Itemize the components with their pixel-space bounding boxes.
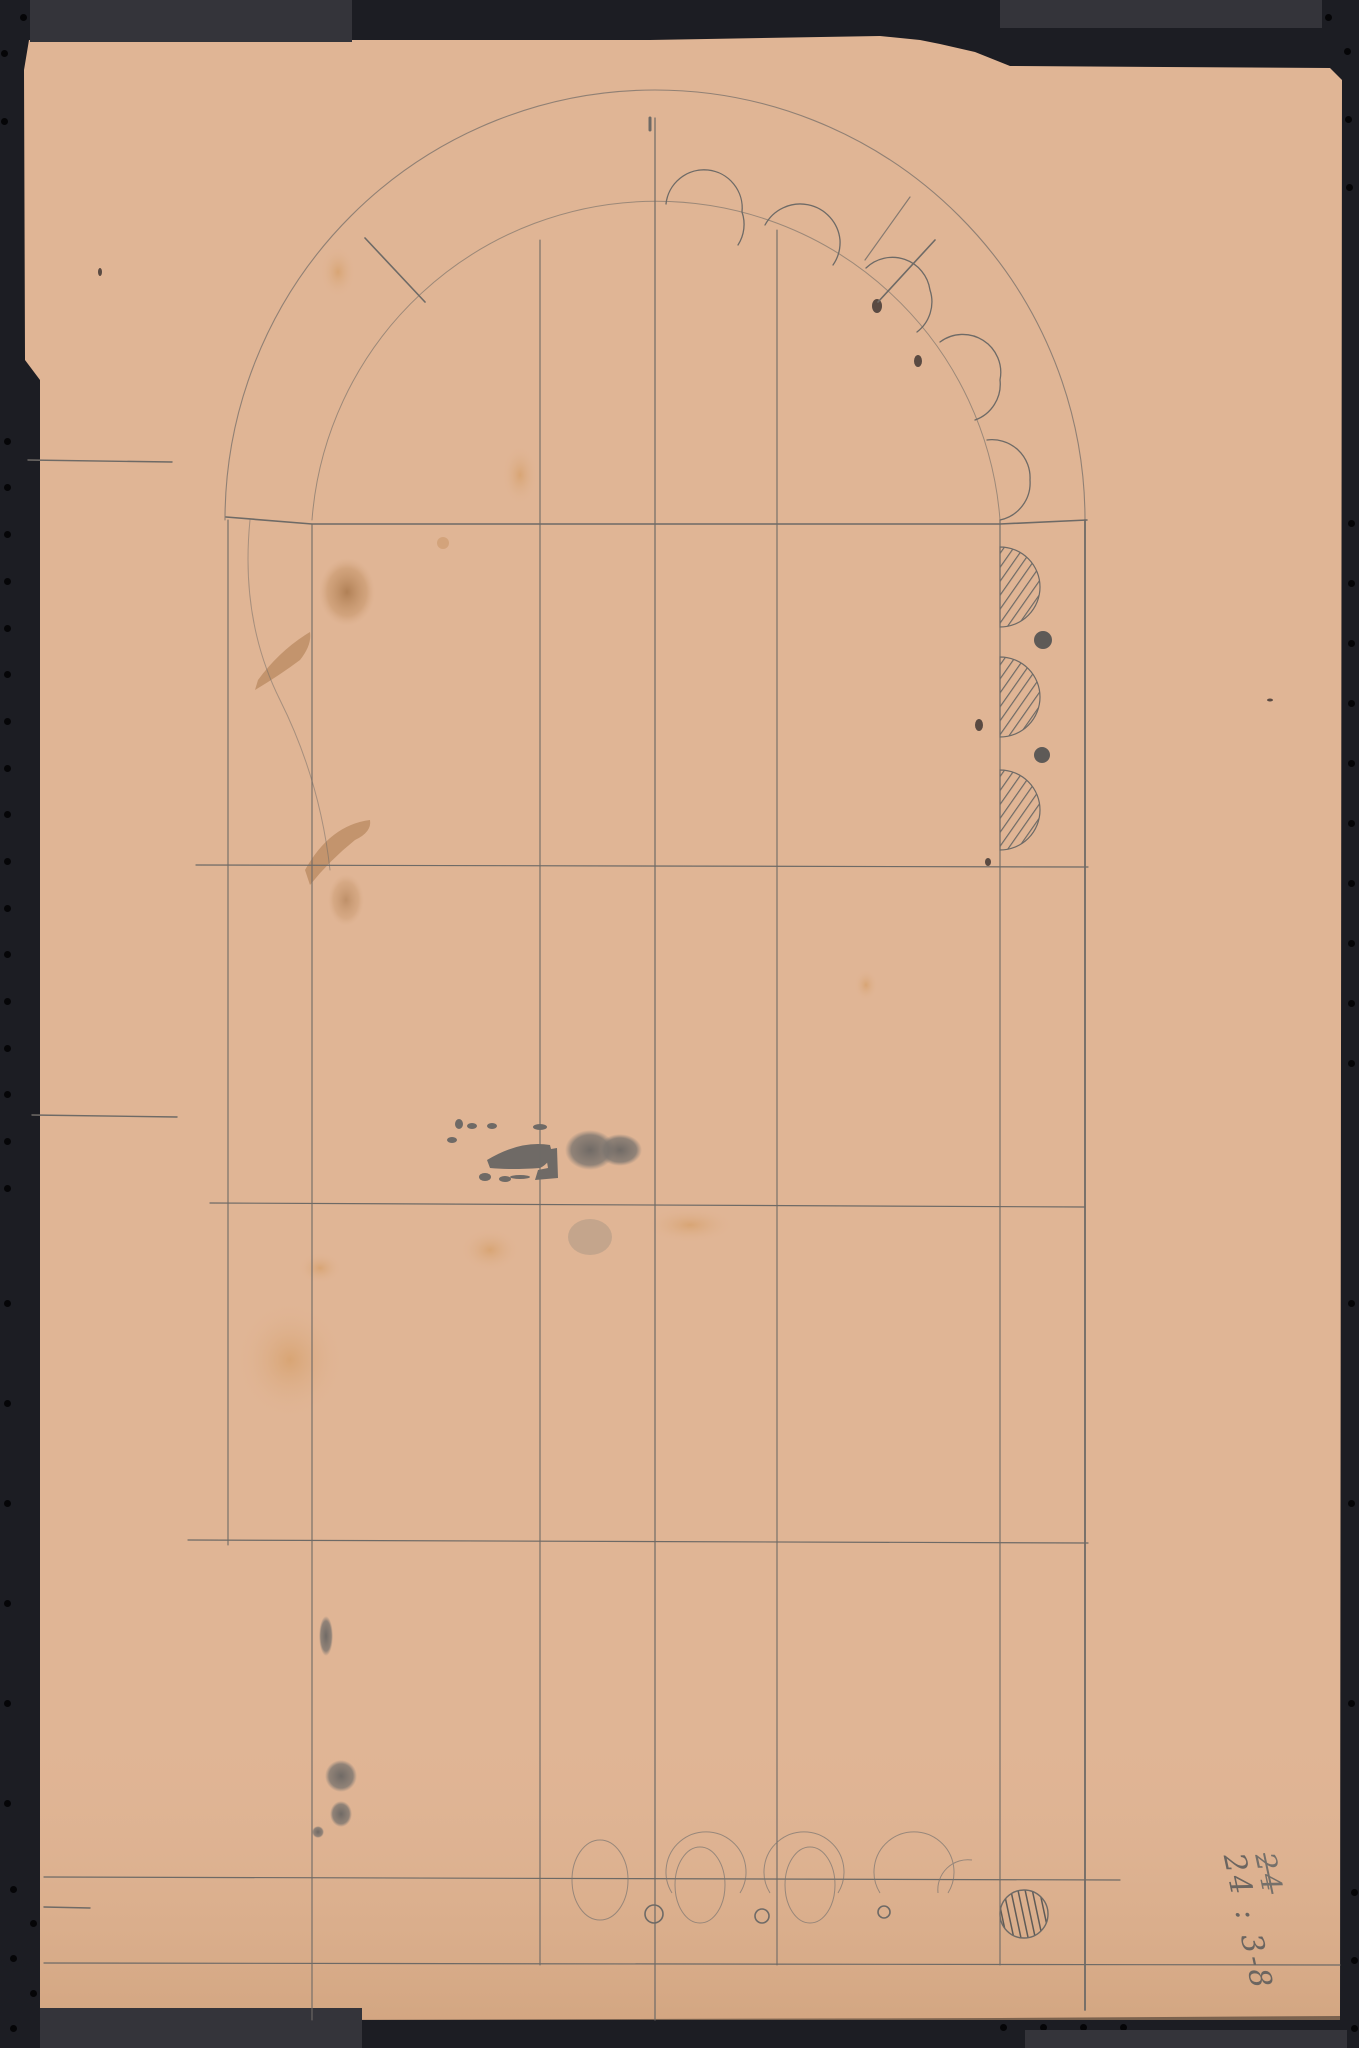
- bottom-hatched-circle: [1000, 1890, 1048, 1938]
- drawing-sheet: [0, 0, 1359, 2048]
- tape-bottom-left: [40, 2008, 362, 2048]
- side-hatched-scallops: [1000, 547, 1040, 850]
- tape-bottom-right: [1025, 2030, 1347, 2048]
- bottom-shade: [40, 1720, 1340, 2020]
- tape-top-left: [30, 0, 352, 42]
- tape-top-right: [1000, 0, 1322, 28]
